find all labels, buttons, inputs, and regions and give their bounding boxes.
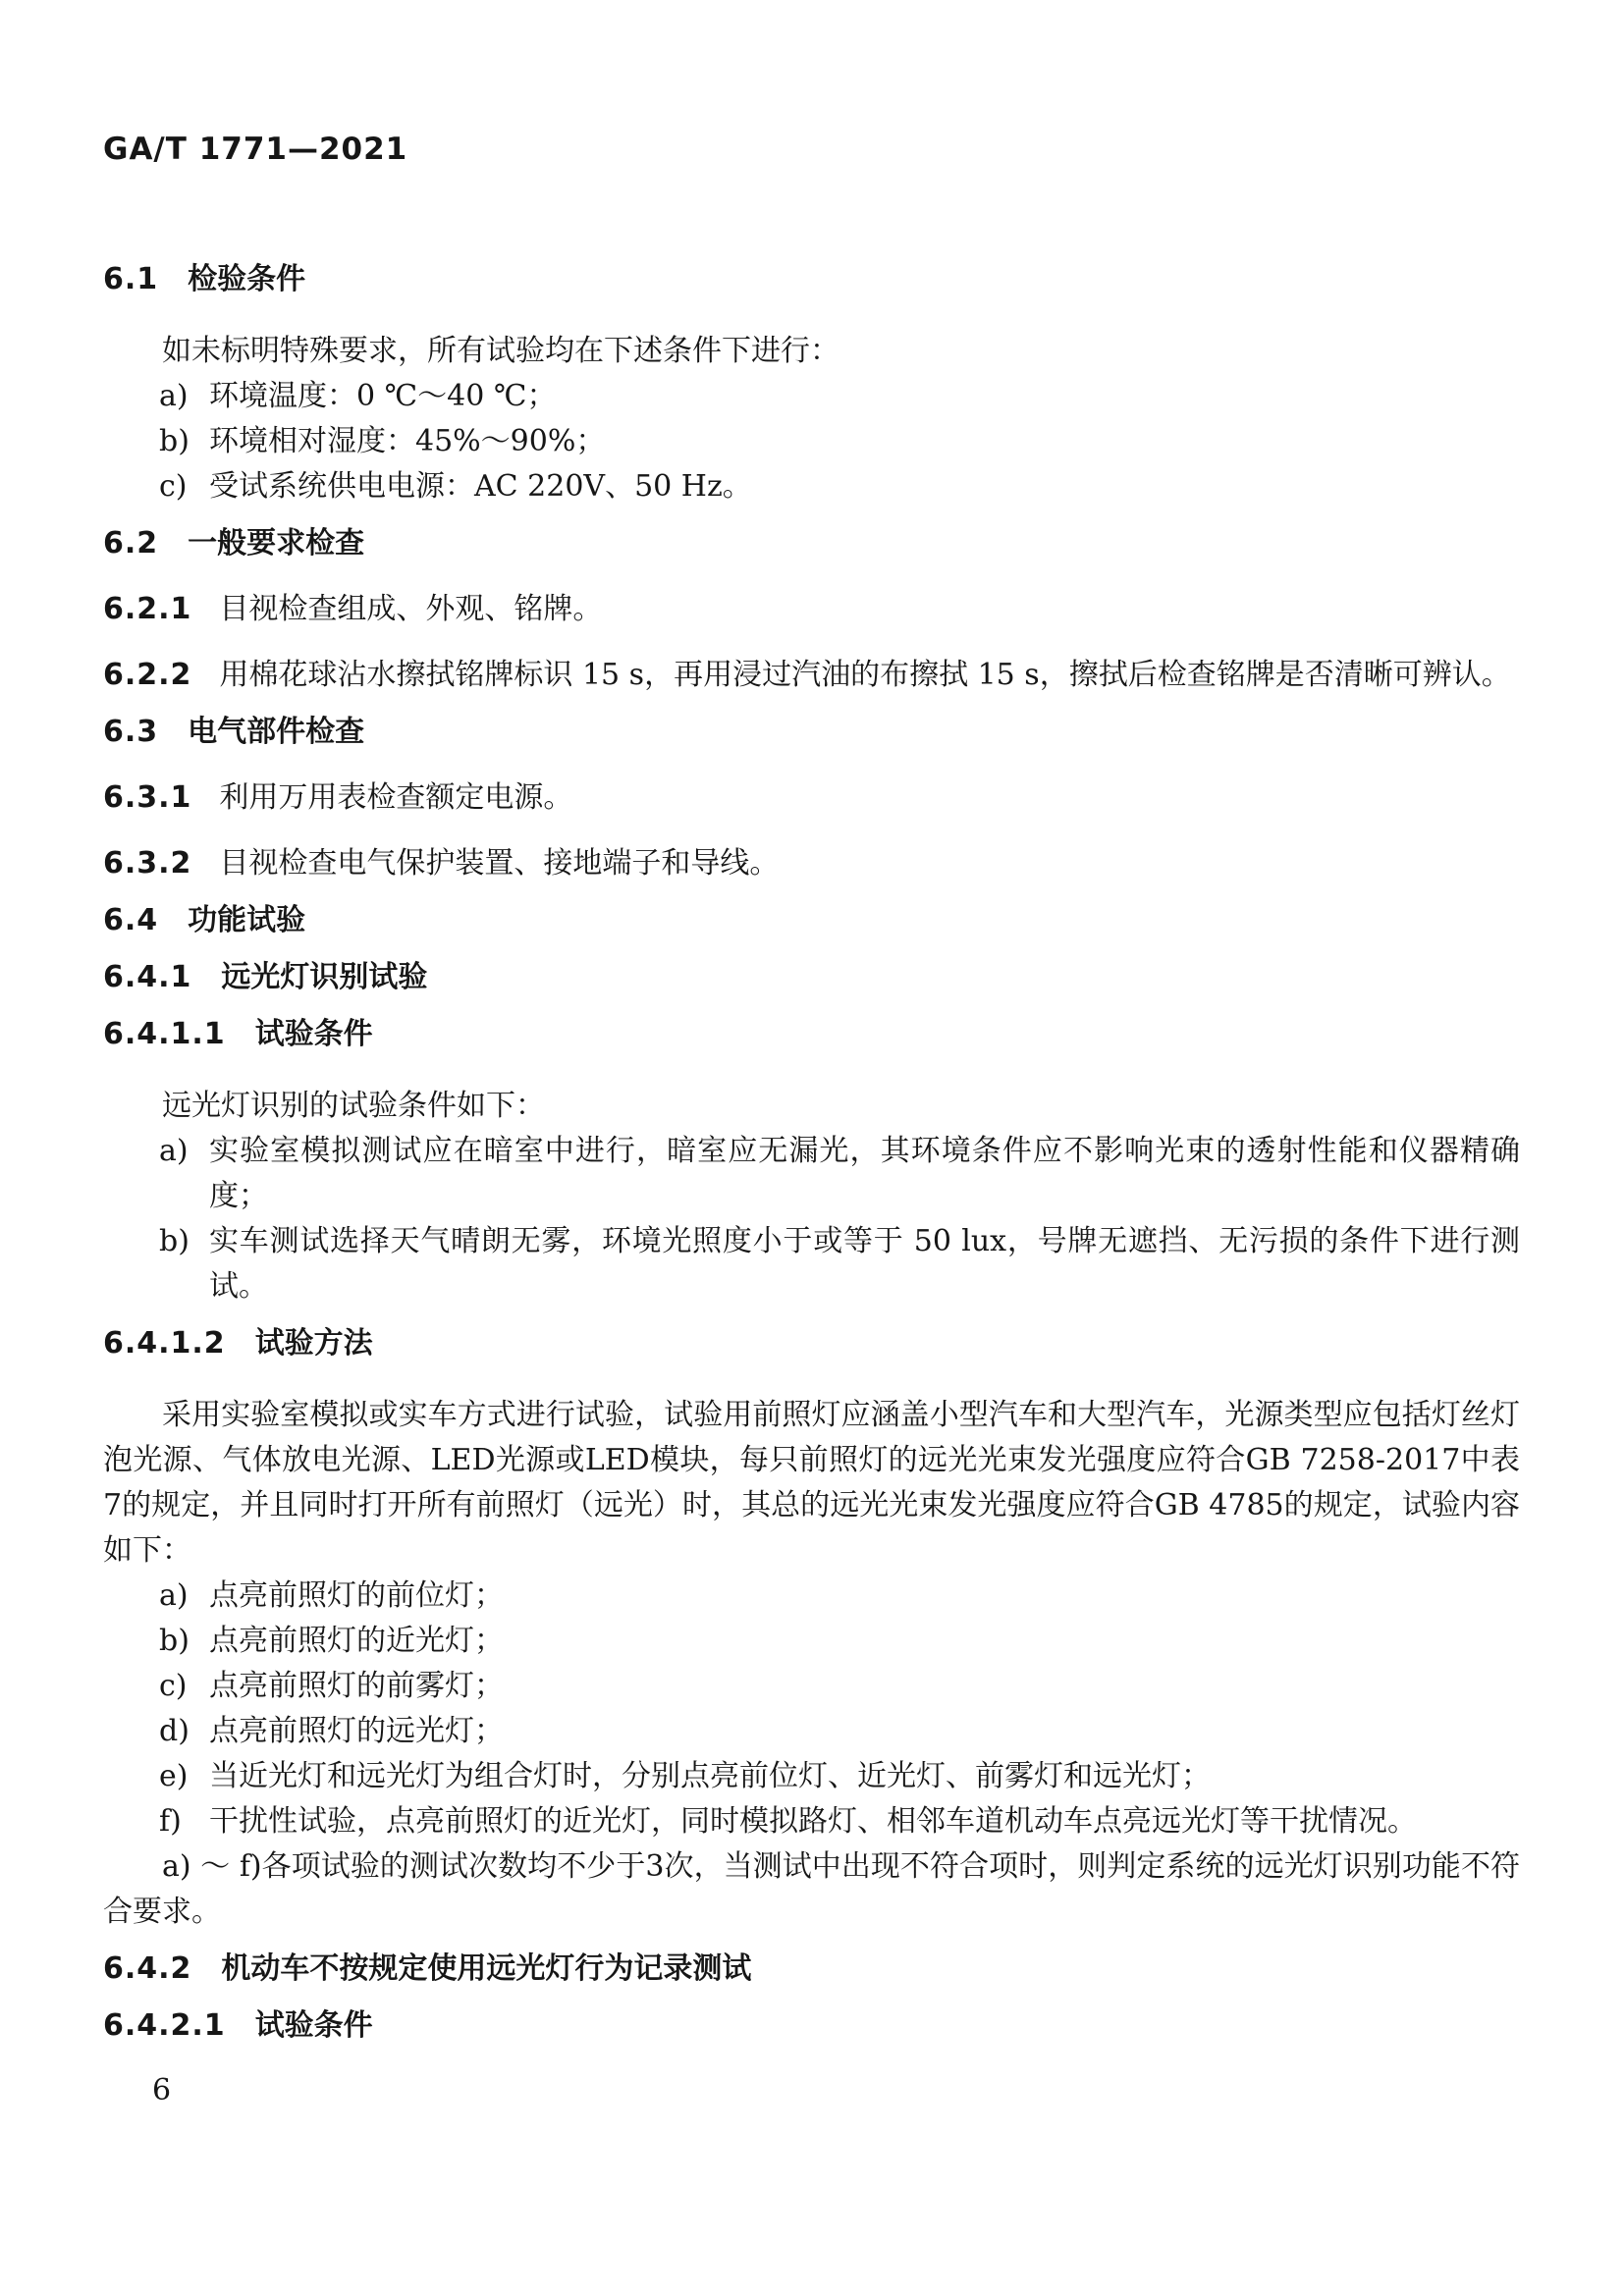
section-number: 6.4.1.1 bbox=[103, 1017, 226, 1051]
section-title: 机动车不按规定使用远光灯行为记录测试 bbox=[221, 1951, 751, 1986]
clause-text: 利用万用表检查额定电源。 bbox=[219, 780, 572, 815]
list-item-text: 实验室模拟测试应在暗室中进行，暗室应无漏光，其环境条件应不影响光束的透射性能和仪… bbox=[209, 1134, 1520, 1213]
clause-text: 用棉花球沾水擦拭铭牌标识 15 s，再用浸过汽油的布擦拭 15 s，擦拭后检查铭… bbox=[219, 658, 1510, 692]
section-heading-6-4-1-2: 6.4.1.2试验方法 bbox=[103, 1321, 1520, 1366]
list-item-label: e) bbox=[159, 1754, 188, 1799]
list-item-text: 实车测试选择天气晴朗无雾，环境光照度小于或等于 50 lux，号牌无遮挡、无污损… bbox=[209, 1224, 1520, 1304]
clause-6-3-2: 6.3.2目视检查电气保护装置、接地端子和导线。 bbox=[103, 841, 1520, 886]
list-item-label: b) bbox=[159, 419, 189, 464]
list-item-label: b) bbox=[159, 1619, 189, 1664]
section-6-4-1-1-intro: 远光灯识别的试验条件如下： bbox=[103, 1084, 1520, 1129]
list-item: a)实验室模拟测试应在暗室中进行，暗室应无漏光，其环境条件应不影响光束的透射性能… bbox=[103, 1129, 1520, 1219]
page-number: 6 bbox=[152, 2068, 1520, 2113]
section-heading-6-4-2-1: 6.4.2.1试验条件 bbox=[103, 2003, 1520, 2049]
list-item-label: b) bbox=[159, 1219, 189, 1264]
list-item: c)受试系统供电电源：AC 220V、50 Hz。 bbox=[103, 464, 1520, 509]
clause-number: 6.2.1 bbox=[103, 592, 191, 626]
section-heading-6-4: 6.4功能试验 bbox=[103, 898, 1520, 943]
list-item: c)点亮前照灯的前雾灯； bbox=[103, 1664, 1520, 1709]
section-heading-6-3: 6.3电气部件检查 bbox=[103, 710, 1520, 755]
list-item-label: a) bbox=[159, 374, 189, 419]
list-item-text: 干扰性试验，点亮前照灯的近光灯，同时模拟路灯、相邻车道机动车点亮远光灯等干扰情况… bbox=[209, 1804, 1417, 1839]
section-6-4-1-2-closing: a) ～ f)各项试验的测试次数均不少于3次，当测试中出现不符合项时，则判定系统… bbox=[103, 1844, 1520, 1935]
list-item: f)干扰性试验，点亮前照灯的近光灯，同时模拟路灯、相邻车道机动车点亮远光灯等干扰… bbox=[103, 1799, 1520, 1844]
section-title: 检验条件 bbox=[188, 262, 305, 296]
list-item-label: a) bbox=[159, 1129, 189, 1174]
clause-number: 6.3.2 bbox=[103, 846, 191, 881]
clause-6-2-1: 6.2.1目视检查组成、外观、铭牌。 bbox=[103, 587, 1520, 632]
list-item-text: 当近光灯和远光灯为组合灯时，分别点亮前位灯、近光灯、前雾灯和远光灯； bbox=[209, 1759, 1211, 1793]
section-title: 电气部件检查 bbox=[188, 715, 364, 749]
clause-6-2-2: 6.2.2用棉花球沾水擦拭铭牌标识 15 s，再用浸过汽油的布擦拭 15 s，擦… bbox=[103, 653, 1520, 698]
list-item: d)点亮前照灯的远光灯； bbox=[103, 1709, 1520, 1754]
list-item-label: f) bbox=[159, 1799, 182, 1844]
section-heading-6-1: 6.1检验条件 bbox=[103, 257, 1520, 302]
section-6-1-intro: 如未标明特殊要求，所有试验均在下述条件下进行： bbox=[103, 329, 1520, 374]
clause-text: 目视检查电气保护装置、接地端子和导线。 bbox=[219, 846, 779, 881]
doc-number: GA/T 1771—2021 bbox=[103, 130, 1520, 169]
clause-number: 6.3.1 bbox=[103, 780, 191, 815]
clause-6-3-1: 6.3.1利用万用表检查额定电源。 bbox=[103, 775, 1520, 821]
section-6-4-1-2-paragraph: 采用实验室模拟或实车方式进行试验，试验用前照灯应涵盖小型汽车和大型汽车，光源类型… bbox=[103, 1393, 1520, 1574]
list-item-text: 环境温度：0 ℃～40 ℃； bbox=[209, 379, 556, 413]
section-number: 6.4.2 bbox=[103, 1951, 191, 1986]
section-title: 试验条件 bbox=[255, 1017, 373, 1051]
list-item: b)环境相对湿度：45%～90%； bbox=[103, 419, 1520, 464]
section-title: 一般要求检查 bbox=[188, 526, 364, 561]
document-page: GA/T 1771—2021 6.1检验条件 如未标明特殊要求，所有试验均在下述… bbox=[0, 0, 1624, 2296]
clause-text: 目视检查组成、外观、铭牌。 bbox=[219, 592, 602, 626]
section-number: 6.3 bbox=[103, 715, 158, 749]
list-item-text: 点亮前照灯的前位灯； bbox=[209, 1578, 504, 1613]
section-heading-6-4-1-1: 6.4.1.1试验条件 bbox=[103, 1012, 1520, 1057]
section-number: 6.2 bbox=[103, 526, 158, 561]
list-item-text: 点亮前照灯的近光灯； bbox=[209, 1624, 504, 1658]
section-title: 试验条件 bbox=[255, 2008, 373, 2043]
list-item-label: d) bbox=[159, 1709, 189, 1754]
section-number: 6.4.1 bbox=[103, 960, 191, 994]
section-number: 6.4 bbox=[103, 903, 158, 937]
section-heading-6-2: 6.2一般要求检查 bbox=[103, 521, 1520, 566]
section-number: 6.4.1.2 bbox=[103, 1326, 226, 1361]
clause-number: 6.2.2 bbox=[103, 658, 191, 692]
list-item: a)环境温度：0 ℃～40 ℃； bbox=[103, 374, 1520, 419]
section-heading-6-4-1: 6.4.1远光灯识别试验 bbox=[103, 955, 1520, 1000]
section-title: 远光灯识别试验 bbox=[221, 960, 427, 994]
list-item-label: c) bbox=[159, 464, 188, 509]
list-item-text: 环境相对湿度：45%～90%； bbox=[209, 424, 605, 458]
section-number: 6.4.2.1 bbox=[103, 2008, 226, 2043]
list-item: b)点亮前照灯的近光灯； bbox=[103, 1619, 1520, 1664]
section-number: 6.1 bbox=[103, 262, 158, 296]
section-title: 试验方法 bbox=[255, 1326, 373, 1361]
list-item: b)实车测试选择天气晴朗无雾，环境光照度小于或等于 50 lux，号牌无遮挡、无… bbox=[103, 1219, 1520, 1309]
list-item-text: 受试系统供电电源：AC 220V、50 Hz。 bbox=[209, 469, 752, 504]
list-item-label: c) bbox=[159, 1664, 188, 1709]
section-title: 功能试验 bbox=[188, 903, 305, 937]
list-item-text: 点亮前照灯的远光灯； bbox=[209, 1714, 504, 1748]
list-item-text: 点亮前照灯的前雾灯； bbox=[209, 1669, 504, 1703]
list-item: a)点亮前照灯的前位灯； bbox=[103, 1574, 1520, 1619]
list-item-label: a) bbox=[159, 1574, 189, 1619]
list-item: e)当近光灯和远光灯为组合灯时，分别点亮前位灯、近光灯、前雾灯和远光灯； bbox=[103, 1754, 1520, 1799]
section-heading-6-4-2: 6.4.2机动车不按规定使用远光灯行为记录测试 bbox=[103, 1947, 1520, 1992]
